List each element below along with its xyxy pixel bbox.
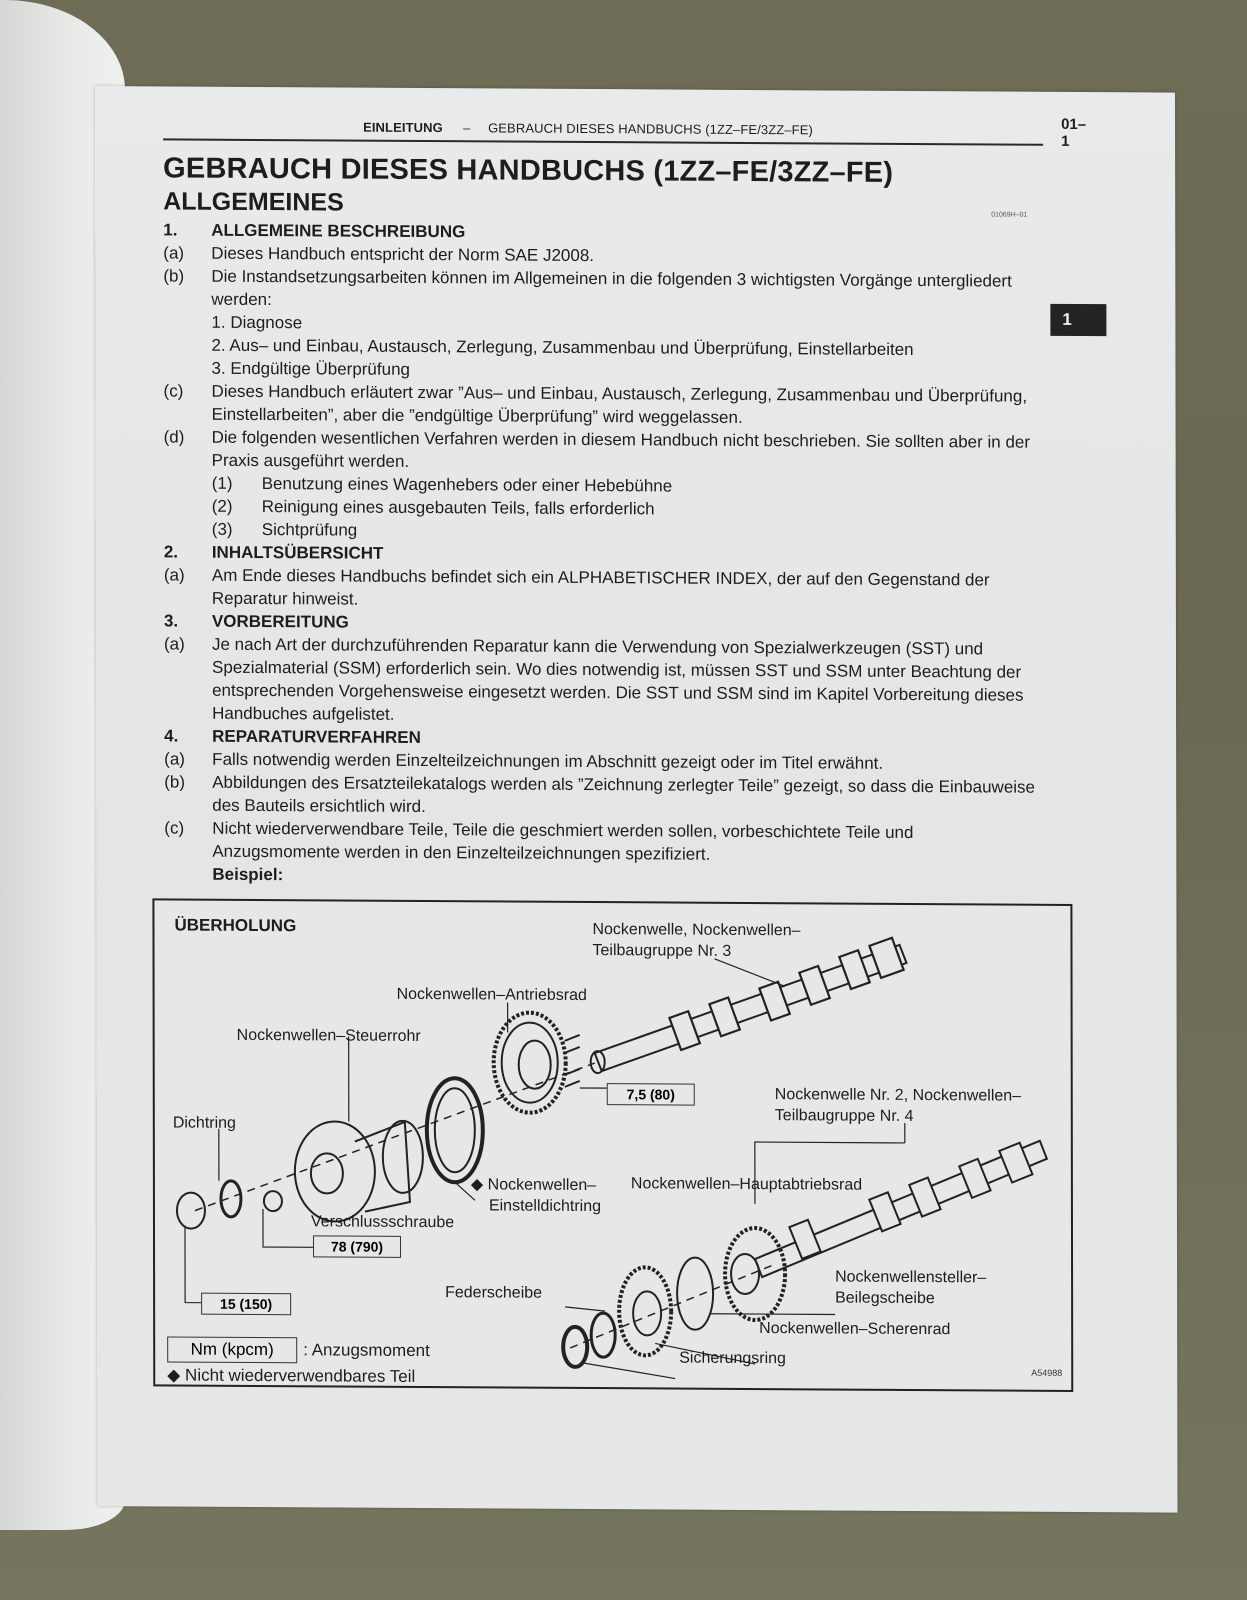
label-shim: Nockenwellensteller– Beilegscheibe [835, 1267, 986, 1310]
legend-non-reusable: ◆ Nicht wiederverwendbares Teil [167, 1364, 415, 1387]
item-label: (b) [164, 770, 212, 816]
label-drive-gear: Nockenwellen–Antriebsrad [397, 984, 587, 1006]
manual-page: EINLEITUNG – GEBRAUCH DIESES HANDBUCHS (… [95, 86, 1177, 1513]
item-text: Nicht wiederverwendbare Teile, Teile die… [212, 817, 1044, 868]
label-camshaft-3: Nockenwelle, Nockenwellen– Teilbaugruppe… [592, 919, 800, 962]
item-label: (a) [164, 563, 212, 609]
figure-title: ÜBERHOLUNG [174, 914, 296, 936]
label-plug-bolt: Verschlussschraube [311, 1211, 454, 1233]
chapter-tab-marker: 1 [1050, 304, 1106, 336]
label-spring-washer: Federscheibe [445, 1282, 542, 1304]
label-scissor-gear: Nockenwellen–Scherenrad [759, 1318, 950, 1340]
document-code: 01069H–01 [991, 211, 1027, 218]
header-chapter: EINLEITUNG [363, 120, 443, 135]
label-seal-ring: Dichtring [173, 1112, 236, 1133]
list-item: (c)Dieses Handbuch erläutert zwar ”Aus– … [164, 379, 1044, 430]
label-camshaft-3-line1: Nockenwelle, Nockenwellen– [592, 919, 800, 941]
header-separator: – [463, 120, 470, 135]
item-label: (c) [164, 816, 212, 862]
label-timing-tube: Nockenwellen–Steuerrohr [237, 1025, 421, 1047]
page-content: EINLEITUNG – GEBRAUCH DIESES HANDBUCHS (… [163, 114, 1044, 890]
item-text: Dieses Handbuch erläutert zwar ”Aus– und… [212, 380, 1044, 431]
item-text: Je nach Art der durchzuführenden Reparat… [212, 633, 1044, 730]
bolt-icons [565, 1035, 580, 1087]
page-number: 01–1 [1061, 116, 1086, 150]
legend-torque-unit: Nm (kpcm) [167, 1336, 297, 1363]
list-item: (b)Die Instandsetzungsarbeiten können im… [163, 264, 1043, 315]
sub-item-text: Benutzung eines Wagenhebers oder einer H… [262, 472, 673, 498]
body-text: 1.ALLGEMEINE BESCHREIBUNG(a)Dieses Handb… [163, 218, 1044, 890]
section-number: 2. [164, 540, 212, 563]
label-adjust-seal: ◆ Nockenwellen– Einstelldichtring [471, 1174, 601, 1217]
header-section: GEBRAUCH DIESES HANDBUCHS (1ZZ–FE/3ZZ–FE… [488, 120, 813, 137]
main-drive-gear-icon [725, 1228, 785, 1320]
plug-bolt-icon [264, 1191, 282, 1211]
item-label: (c) [164, 379, 212, 425]
adjust-seal-ring-icon [427, 1078, 483, 1182]
page-subtitle: ALLGEMEINES [163, 187, 1043, 221]
list-item: (d)Die folgenden wesentlichen Verfahren … [164, 425, 1044, 476]
section-number: 3. [164, 609, 212, 632]
section-number: 1. [163, 218, 211, 241]
torque-cap: 15 (150) [201, 1293, 291, 1316]
item-label: (a) [163, 241, 211, 264]
sub-item-label: (2) [212, 495, 262, 518]
scissor-gear-icon [619, 1267, 671, 1355]
label-adjust-seal-line2: Einstelldichtring [471, 1195, 601, 1217]
label-camshaft-4-line1: Nockenwelle Nr. 2, Nockenwellen– [775, 1084, 1021, 1107]
item-text: Am Ende dieses Handbuchs befindet sich e… [212, 564, 1044, 615]
item-text: Abbildungen des Ersatzteilekatalogs werd… [212, 771, 1044, 822]
shim-icon [677, 1258, 713, 1330]
label-camshaft-4-line2: Teilbaugruppe Nr. 4 [775, 1105, 1021, 1128]
sub-item-label: (1) [212, 472, 262, 495]
label-camshaft-3-line2: Teilbaugruppe Nr. 3 [592, 940, 800, 962]
label-shim-line1: Nockenwellensteller– [835, 1267, 986, 1289]
item-label: (b) [163, 264, 211, 310]
drive-gear-icon [494, 1012, 566, 1112]
label-camshaft-4: Nockenwelle Nr. 2, Nockenwellen– Teilbau… [775, 1084, 1021, 1128]
torque-plug-bolt: 78 (790) [313, 1235, 401, 1258]
list-item: (c)Nicht wiederverwendbare Teile, Teile … [164, 816, 1044, 867]
label-shim-line2: Beilegscheibe [835, 1288, 986, 1310]
timing-tube-icon [295, 1120, 423, 1222]
item-label: (a) [164, 747, 212, 770]
seal-ring-icon [221, 1181, 241, 1217]
label-adjust-seal-line1: ◆ Nockenwellen– [471, 1174, 601, 1196]
section-number: 4. [164, 724, 212, 747]
list-item: (b)Abbildungen des Ersatzteilekatalogs w… [164, 770, 1044, 821]
label-main-drive-gear: Nockenwellen–Hauptabtriebsrad [631, 1173, 862, 1195]
list-item: (a)Am Ende dieses Handbuchs befindet sic… [164, 563, 1044, 614]
item-label: (d) [164, 425, 212, 471]
camshaft-4-icon [755, 1139, 1047, 1279]
list-item: (a)Je nach Art der durchzuführenden Repa… [164, 632, 1044, 729]
sub-item-label: (3) [212, 518, 262, 541]
snap-ring-icon [563, 1327, 587, 1367]
label-snap-ring: Sicherungsring [679, 1348, 786, 1370]
sub-item-text: Reinigung eines ausgebauten Teils, falls… [262, 495, 655, 520]
figure-code: A54988 [1031, 1368, 1062, 1378]
item-text: Die Instandsetzungsarbeiten können im Al… [211, 265, 1043, 316]
item-text: Die folgenden wesentlichen Verfahren wer… [212, 426, 1044, 477]
torque-gear-bolts: 7,5 (80) [607, 1083, 695, 1106]
cap-icon [177, 1193, 205, 1229]
page-title: GEBRAUCH DIESES HANDBUCHS (1ZZ–FE/3ZZ–FE… [163, 152, 1043, 190]
sub-item-text: Sichtprüfung [262, 518, 357, 542]
running-header: EINLEITUNG – GEBRAUCH DIESES HANDBUCHS (… [163, 114, 1043, 145]
legend-torque-desc: : Anzugsmoment [303, 1339, 430, 1361]
exploded-view-figure: ÜBERHOLUNG Nockenwelle, Nockenwellen– Te… [152, 898, 1073, 1392]
item-label: (a) [164, 632, 212, 724]
